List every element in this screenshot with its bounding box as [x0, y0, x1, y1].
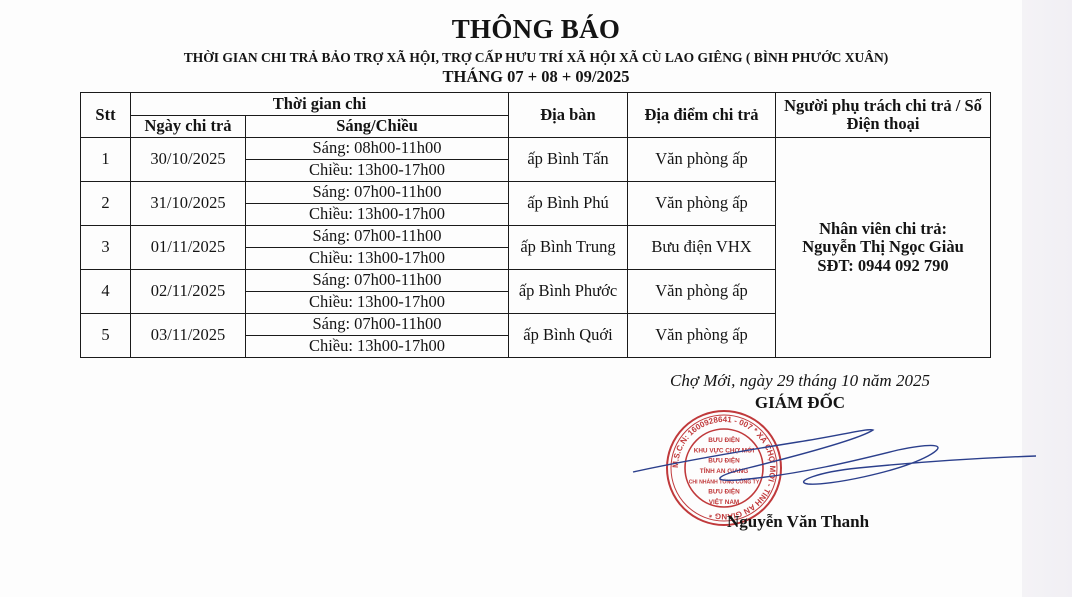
- contact-phone: SĐT: 0944 092 790: [776, 257, 990, 275]
- header-date: Ngày chi trả: [131, 116, 246, 138]
- svg-text:VIỆT NAM: VIỆT NAM: [709, 497, 740, 506]
- row-date: 01/11/2025: [131, 226, 246, 270]
- row-place: Văn phòng ấp: [628, 270, 776, 314]
- row-place: Bưu điện VHX: [628, 226, 776, 270]
- row-afternoon-time: Chiều: 13h00-17h00: [246, 336, 509, 358]
- row-date: 30/10/2025: [131, 138, 246, 182]
- contact-role: Nhân viên chi trả:: [776, 220, 990, 238]
- row-afternoon-time: Chiều: 13h00-17h00: [246, 160, 509, 182]
- row-date: 02/11/2025: [131, 270, 246, 314]
- row-morning-time: Sáng: 07h00-11h00: [246, 270, 509, 292]
- signature-place-date: Chợ Mới, ngày 29 tháng 10 năm 2025: [620, 371, 980, 391]
- header-time-group: Thời gian chi: [131, 93, 509, 116]
- document-title: THÔNG BÁO: [0, 14, 1072, 45]
- document-period: THÁNG 07 + 08 + 09/2025: [0, 67, 1072, 87]
- header-stt: Stt: [81, 93, 131, 138]
- row-stt: 3: [81, 226, 131, 270]
- row-afternoon-time: Chiều: 13h00-17h00: [246, 204, 509, 226]
- row-area: ấp Bình Trung: [509, 226, 628, 270]
- row-afternoon-time: Chiều: 13h00-17h00: [246, 292, 509, 314]
- row-stt: 4: [81, 270, 131, 314]
- row-place: Văn phòng ấp: [628, 138, 776, 182]
- row-morning-time: Sáng: 07h00-11h00: [246, 314, 509, 336]
- row-area: ấp Bình Quới: [509, 314, 628, 358]
- table-row: 130/10/2025Sáng: 08h00-11h00ấp Bình TấnV…: [81, 138, 991, 160]
- row-stt: 1: [81, 138, 131, 182]
- header-place: Địa điểm chi trả: [628, 93, 776, 138]
- row-date: 31/10/2025: [131, 182, 246, 226]
- row-morning-time: Sáng: 07h00-11h00: [246, 226, 509, 248]
- contact-cell: Nhân viên chi trả:Nguyễn Thị Ngọc GiàuSĐ…: [776, 138, 991, 358]
- row-afternoon-time: Chiều: 13h00-17h00: [246, 248, 509, 270]
- page-edge-shadow: [1022, 0, 1072, 597]
- row-date: 03/11/2025: [131, 314, 246, 358]
- header-session: Sáng/Chiều: [246, 116, 509, 138]
- contact-name: Nguyễn Thị Ngọc Giàu: [776, 238, 990, 256]
- signature-scribble-icon: [628, 420, 1038, 490]
- row-morning-time: Sáng: 07h00-11h00: [246, 182, 509, 204]
- row-stt: 2: [81, 182, 131, 226]
- row-place: Văn phòng ấp: [628, 314, 776, 358]
- row-area: ấp Bình Phước: [509, 270, 628, 314]
- row-stt: 5: [81, 314, 131, 358]
- header-area: Địa bàn: [509, 93, 628, 138]
- document-subtitle: THỜI GIAN CHI TRẢ BẢO TRỢ XÃ HỘI, TRỢ CẤ…: [0, 50, 1072, 66]
- payment-schedule-table: Stt Thời gian chi Địa bàn Địa điểm chi t…: [80, 92, 991, 358]
- row-morning-time: Sáng: 08h00-11h00: [246, 138, 509, 160]
- row-area: ấp Bình Tấn: [509, 138, 628, 182]
- row-place: Văn phòng ấp: [628, 182, 776, 226]
- row-area: ấp Bình Phú: [509, 182, 628, 226]
- header-person: Người phụ trách chi trả / Số Điện thoại: [776, 93, 991, 138]
- signer-name: Nguyễn Văn Thanh: [727, 512, 869, 532]
